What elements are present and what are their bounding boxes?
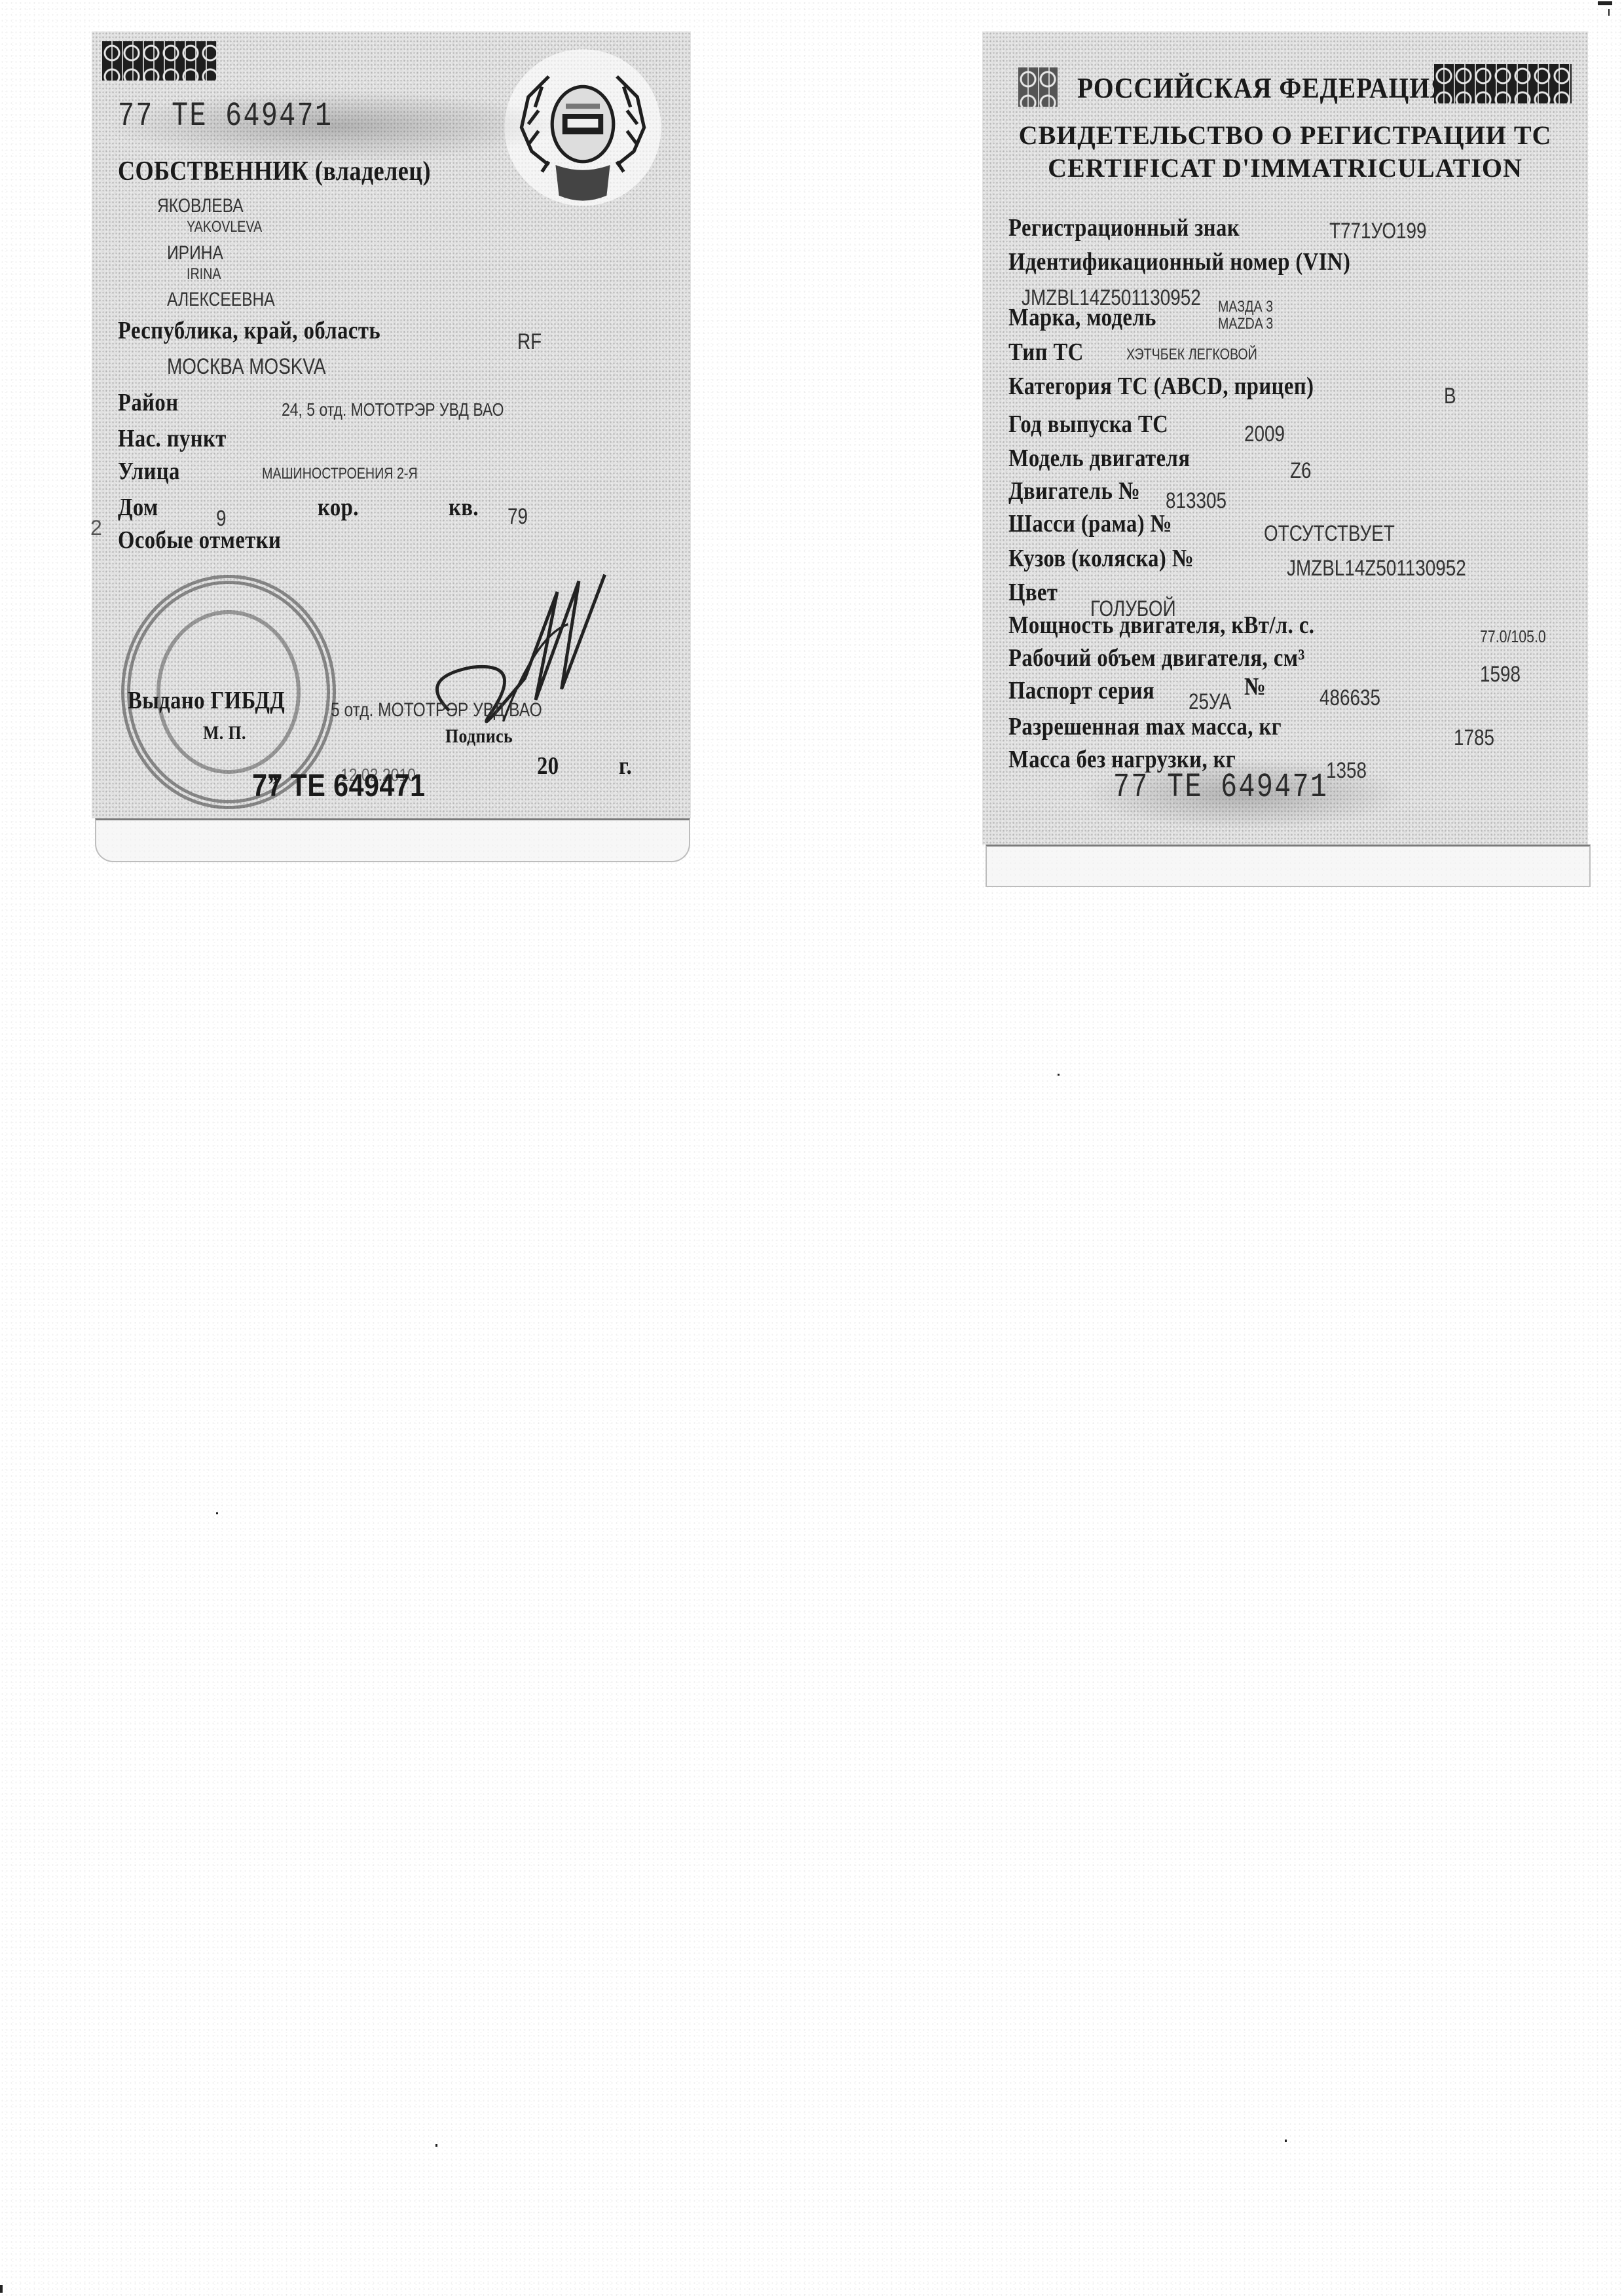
district-label: Район (118, 388, 178, 417)
district-value: 24, 5 отд. МОТОТРЭР УВД ВАО (282, 399, 504, 420)
street-label: Улица (118, 457, 180, 486)
field-label: Паспорт серия (1008, 676, 1154, 705)
region-code: RF (517, 329, 542, 355)
field-label: Модель двигателя (1008, 444, 1190, 473)
field-label: Категория ТС (ABCD, прицеп) (1008, 372, 1314, 401)
country-name: РОССИЙСКАЯ ФЕДЕРАЦИЯ (1077, 71, 1449, 105)
scan-dot (1058, 1074, 1060, 1076)
field-value: 77.0/105.0 (1480, 627, 1546, 647)
field-value: JMZBL14Z501130952 (1287, 556, 1466, 581)
owner-surname-ru: ЯКОВЛЕВА (157, 195, 244, 217)
field-number-label: № (1244, 672, 1266, 701)
field-label: Цвет (1008, 578, 1058, 607)
field-label: Мощность двигателя, кВт/л. с. (1008, 611, 1314, 640)
owner-name-lat: IRINA (187, 265, 221, 283)
building-label: кор. (318, 493, 359, 522)
region-value: МОСКВА MOSKVA (167, 354, 326, 380)
seal-label: М. П. (203, 722, 246, 744)
house-label: Дом (118, 493, 158, 522)
owner-name-ru: ИРИНА (167, 242, 223, 264)
registration-certificate-owner-side: 77 TE 649471 СОБСТВЕННИК (владелец) ЯКОВ… (92, 31, 691, 818)
apartment-value: 79 (507, 504, 528, 530)
field-label: Разрешенная max масса, кг (1008, 712, 1282, 741)
field-value: B (1444, 384, 1456, 409)
certificate-title-ru: СВИДЕТЕЛЬСТВО О РЕГИСТРАЦИИ ТС (982, 120, 1588, 151)
field-label: Двигатель № (1008, 477, 1140, 505)
field-value: МАЗДА 3 (1218, 298, 1273, 316)
field-value: 1598 (1480, 662, 1521, 687)
field-number-value: 486635 (1319, 685, 1380, 711)
stamped-serial-number: 77 TE 649471 (252, 768, 426, 804)
signature-icon (406, 549, 622, 765)
field-label: Тип ТС (1008, 338, 1084, 367)
country-banner: РОССИЙСКАЯ ФЕДЕРАЦИЯ (1002, 67, 1572, 107)
field-label: Регистрационный знак (1008, 213, 1240, 242)
scan-mark (0, 2285, 3, 2293)
year-suffix: г. (619, 752, 632, 780)
field-value: ХЭТЧБЕК ЛЕГКОВОЙ (1126, 346, 1257, 364)
scan-dot (1285, 2140, 1287, 2142)
field-value: 1785 (1454, 725, 1494, 751)
field-value: 813305 (1166, 488, 1227, 514)
region-label: Республика, край, область (118, 316, 380, 345)
signature-label: Подпись (445, 725, 513, 748)
field-label: Шасси (рама) № (1008, 509, 1172, 538)
field-label: Год выпуска ТС (1008, 410, 1168, 439)
ornament-band-left (1018, 67, 1058, 107)
field-value: 2009 (1244, 422, 1285, 447)
locality-label: Нас. пункт (118, 424, 227, 453)
scan-dot (216, 1512, 218, 1514)
field-label: Марка, модель (1008, 303, 1156, 332)
field-value-latin: MAZDA 3 (1218, 315, 1273, 333)
ornament-band-right (1434, 64, 1572, 103)
margin-mark: 2 (90, 516, 102, 540)
certificate-title-fr: CERTIFICAT D'IMMATRICULATION (982, 153, 1588, 183)
issued-by-value: 5 отд. МОТОТРЭР УВД ВАО (331, 699, 542, 721)
field-label: Идентификационный номер (VIN) (1008, 247, 1350, 276)
field-label: Рабочий объем двигателя, см³ (1008, 644, 1305, 672)
owner-heading: СОБСТВЕННИК (владелец) (118, 156, 431, 187)
field-value: ОТСУТСТВУЕТ (1264, 521, 1395, 547)
lamination-edge (986, 845, 1591, 887)
field-value: Т771УО199 (1329, 219, 1427, 244)
field-value: 25УА (1189, 689, 1231, 715)
scan-mark (1598, 1, 1612, 5)
scan-mark (1608, 9, 1610, 16)
field-value: Z6 (1290, 458, 1312, 484)
owner-surname-lat: YAKOVLEVA (187, 218, 262, 236)
ornament-band (102, 41, 217, 81)
issued-by-label: Выдано ГИБДД (128, 686, 285, 715)
special-notes-label: Особые отметки (118, 526, 281, 555)
form-serial-number: 77 TE 649471 (1113, 768, 1328, 807)
scan-dot (435, 2144, 437, 2147)
form-serial-number: 77 TE 649471 (118, 97, 333, 136)
year-label: 20 (537, 752, 559, 780)
lamination-edge (95, 818, 690, 862)
apartment-label: кв. (449, 493, 479, 522)
street-value: МАШИНОСТРОЕНИЯ 2-Я (262, 465, 418, 483)
field-label: Кузов (коляска) № (1008, 544, 1194, 573)
registration-certificate-vehicle-side: РОССИЙСКАЯ ФЕДЕРАЦИЯ СВИДЕТЕЛЬСТВО О РЕГ… (982, 31, 1588, 845)
owner-patronymic-ru: АЛЕКСЕЕВНА (167, 289, 275, 311)
